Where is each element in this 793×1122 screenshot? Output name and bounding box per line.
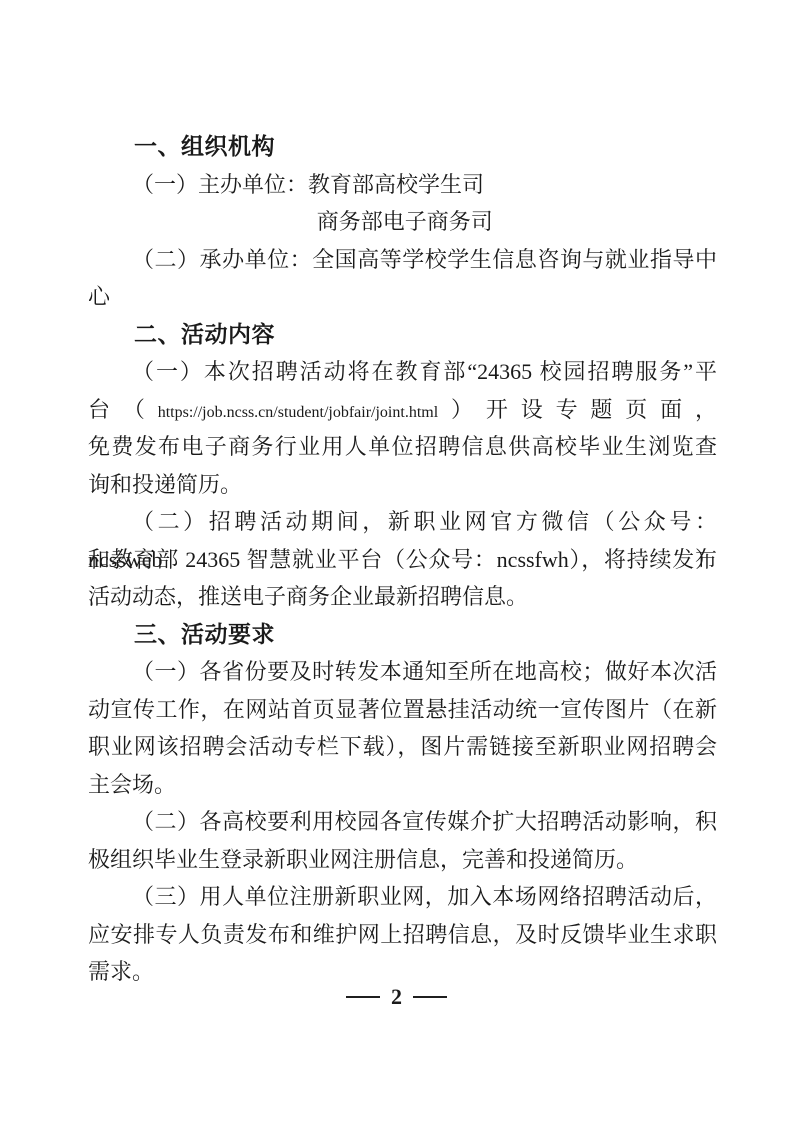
paragraph: （一）本次招聘活动将在教育部“24365 校园招聘服务”平 台（https://… — [88, 353, 717, 503]
paragraph: （二）承办单位：全国高等学校学生信息咨询与就业指导中 心 — [88, 241, 717, 316]
text-line: （二）各高校要利用校园各宣传媒介扩大招聘活动影响，积 — [88, 803, 717, 841]
text-line: （二）承办单位：全国高等学校学生信息咨询与就业指导中 — [88, 241, 717, 279]
text-segment: ）开设专题页面， — [438, 397, 717, 422]
text-line: （一）本次招聘活动将在教育部“24365 校园招聘服务”平 — [88, 353, 717, 391]
page-footer: 2 — [0, 983, 793, 1011]
text-line: 询和投递简历。 — [88, 466, 717, 504]
text-line: 动宣传工作，在网站首页显著位置悬挂活动统一宣传图片（在新 — [88, 691, 717, 729]
paragraph: （一）主办单位：教育部高校学生司 商务部电子商务司 — [88, 166, 717, 241]
paragraph: （二）招聘活动期间，新职业网官方微信（公众号：ncssweb） 和教育部 243… — [88, 503, 717, 616]
text-segment: 台（ — [88, 397, 158, 422]
text-line: 主会场。 — [88, 766, 717, 804]
text-line: 职业网该招聘会活动专栏下载），图片需链接至新职业网招聘会 — [88, 728, 717, 766]
document-page: 一、组织机构 （一）主办单位：教育部高校学生司 商务部电子商务司 （二）承办单位… — [0, 0, 793, 1122]
page-number: 2 — [391, 984, 402, 1009]
text-line: （一）各省份要及时转发本通知至所在地高校；做好本次活 — [88, 653, 717, 691]
text-line: 极组织毕业生登录新职业网注册信息，完善和投递简历。 — [88, 841, 717, 879]
text-line: （三）用人单位注册新职业网，加入本场网络招聘活动后， — [88, 878, 717, 916]
text-line: 免费发布电子商务行业用人单位招聘信息供高校毕业生浏览查 — [88, 428, 717, 466]
text-line: （二）招聘活动期间，新职业网官方微信（公众号：ncssweb） — [88, 503, 717, 541]
text-line: （一）主办单位：教育部高校学生司 — [88, 166, 717, 204]
text-line: 应安排专人负责发布和维护网上招聘信息，及时反馈毕业生求职 — [88, 916, 717, 954]
text-line: 台（https://job.ncss.cn/student/jobfair/jo… — [88, 391, 717, 429]
text-line: 和教育部 24365 智慧就业平台（公众号：ncssfwh），将持续发布 — [88, 541, 717, 579]
footer-dash — [346, 996, 380, 998]
paragraph: （一）各省份要及时转发本通知至所在地高校；做好本次活 动宣传工作，在网站首页显著… — [88, 653, 717, 803]
url-text: https://job.ncss.cn/student/jobfair/join… — [158, 404, 438, 421]
section-heading: 一、组织机构 — [88, 128, 717, 166]
section-heading: 二、活动内容 — [88, 316, 717, 354]
text-line: 活动动态，推送电子商务企业最新招聘信息。 — [88, 578, 717, 616]
footer-dash — [413, 996, 447, 998]
text-line: 心 — [88, 278, 717, 316]
paragraph: （二）各高校要利用校园各宣传媒介扩大招聘活动影响，积 极组织毕业生登录新职业网注… — [88, 803, 717, 878]
text-line: 商务部电子商务司 — [88, 203, 717, 241]
section-heading: 三、活动要求 — [88, 616, 717, 654]
paragraph: （三）用人单位注册新职业网，加入本场网络招聘活动后， 应安排专人负责发布和维护网… — [88, 878, 717, 991]
